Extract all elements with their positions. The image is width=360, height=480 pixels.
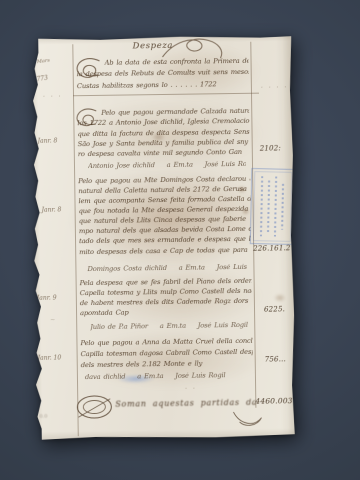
library-stamp [250, 168, 296, 245]
amount-value: 6225. [264, 306, 285, 313]
margin-dots: · · · [43, 94, 63, 100]
signature-line: Julio de P.a Piñor a Em.ta José Luis Rog… [90, 322, 248, 331]
handwritten-line: Pelo que pagou a Anna da Matta Cruel del… [80, 338, 252, 347]
handwritten-line: Pela despesa que se fes fabril del Piano… [80, 278, 252, 287]
margin-date: Janr. 8 [42, 207, 62, 213]
handwritten-line: Pelo que pagou germandade Calzada natura… [101, 108, 249, 117]
manuscript-page: Despeza 2. Mars 1773 · · · Janr. 8 Janr.… [30, 35, 297, 440]
margin-squiggle: ∼ [50, 318, 55, 324]
handwritten-line: Pelo que pagou au Mte Domingos Costa dec… [78, 176, 250, 185]
handwritten-line: natural della Caletta natural dels 2172 … [78, 186, 250, 195]
handwritten-line: São Jose y Santa bendita y familia publi… [78, 139, 250, 148]
background-mat: Despeza 2. Mars 1773 · · · Janr. 8 Janr.… [0, 0, 360, 480]
handwritten-line: de habent mestres dels dits Cademade Rog… [80, 298, 252, 307]
sum-paraph-flourish [74, 393, 114, 424]
entry-divider-rule [73, 93, 259, 97]
title-flourish [160, 34, 230, 65]
paper-stain [237, 186, 246, 193]
document-photo: Despeza 2. Mars 1773 · · · Janr. 8 Janr.… [30, 35, 297, 440]
handwritten-line: tado dels que mes ses ermandade e despes… [79, 236, 251, 245]
margin-year: 1773 [32, 76, 48, 84]
pre-sum-marks: · · [185, 387, 197, 393]
handwritten-line: mito despesas dels casa e Cap de todas q… [79, 247, 247, 256]
initial-flourish [72, 56, 102, 84]
stamp-text-line [267, 180, 270, 232]
paper-stain [69, 98, 265, 173]
sum-swash-flourish [231, 410, 263, 430]
paper-stain [74, 330, 265, 391]
margin-note: 2. Mars [30, 59, 50, 66]
paper-stain [152, 132, 166, 142]
ghost-mark: 0.0 [39, 414, 47, 420]
handwritten-line: dels mestres dels 2.182 Monte e lly [81, 360, 231, 369]
paper-stain [70, 168, 266, 271]
stamp-text-line [281, 184, 284, 230]
handwritten-line: que fou notada la Mte despesa General de… [79, 206, 251, 215]
sum-label: Soman aquestas partidas datas por [115, 399, 255, 409]
amount-column-dots: · · · · [261, 85, 288, 91]
handwritten-line: Capella totesma y Llits mulp Como Castel… [80, 288, 252, 297]
amount-value: 756... [265, 356, 286, 363]
ink-smudge [117, 374, 155, 384]
handwritten-line: apomtada Cap [80, 309, 150, 317]
margin-rule-left [72, 44, 78, 436]
handwritten-line: Capilla totesman dagosa Cabrall Como Cas… [81, 349, 253, 358]
handwritten-line: la despesa dels Rebuts de Comults vuit s… [77, 69, 249, 78]
sum-amount: 4460.003 [255, 397, 292, 405]
signature-line: Domingos Costa dichlid a Em.ta José Luis… [87, 264, 247, 273]
margin-date: Janr. 9 [37, 295, 57, 301]
margin-date: Janr. 10 [38, 355, 62, 361]
handwritten-line: que ditta la factura de dita despesa des… [78, 129, 250, 138]
handwritten-line: los 1722 a Antonio Jose dichlid, Iglesia… [77, 118, 249, 127]
paper-stain [274, 293, 286, 302]
initial-flourish [73, 107, 99, 131]
handwritten-line: que natural dels Llits Cinca despesas qu… [79, 216, 251, 225]
handwritten-line: Custas habilitzas segons lo . . . . . . … [77, 81, 249, 90]
handwritten-line: ro despesa cavalta vinte mil segundo Con… [78, 149, 248, 158]
paper-stain [93, 266, 264, 328]
handwritten-line: mpo natural dels que alsadas bevida Cost… [79, 226, 251, 235]
handwritten-line: lem que acompanta Sense feita formada Ca… [78, 196, 250, 205]
signature-line: dava dichlid a Em.ta José Luis Rogil [85, 372, 253, 381]
paper-stain [242, 208, 250, 215]
margin-date: Janr. 8 [38, 138, 58, 144]
stamp-text-line [274, 177, 277, 237]
stamp-text-line [260, 176, 263, 236]
signature-line: Antonio Jose dichlid a Em.ta José Luis R… [88, 161, 246, 170]
amount-value: 226.161.2 [253, 245, 291, 253]
amount-value: 2102: [260, 145, 281, 152]
